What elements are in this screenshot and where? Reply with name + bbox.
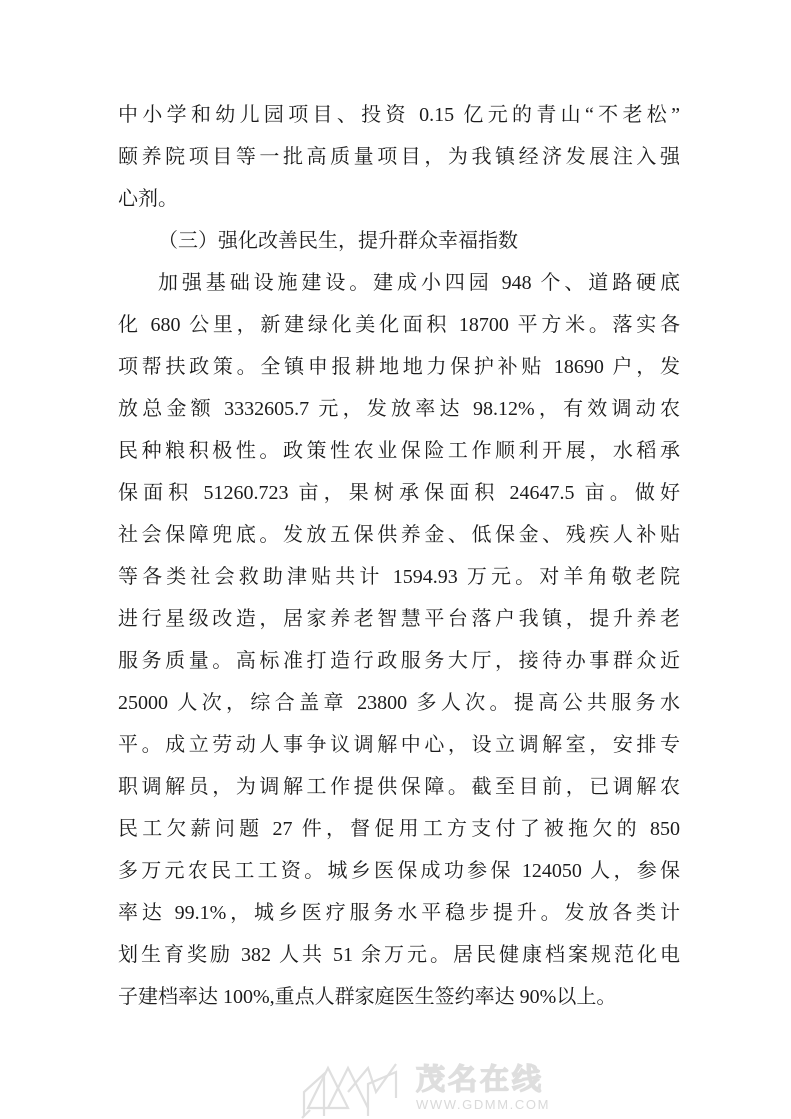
document-text: 中小学和幼儿园项目、投资 0.15 亿元的青山“不老松”颐养院项目等一批高质量项…: [118, 94, 680, 1018]
text-line: 化 680 公里，新建绿化美化面积 18700 平方米。落实各: [118, 304, 680, 346]
text-line: 等各类社会救助津贴共计 1594.93 万元。对羊角敬老院: [118, 556, 680, 598]
text-line: 民种粮积极性。政策性农业保险工作顺利开展，水稻承: [118, 430, 680, 472]
text-line: 中小学和幼儿园项目、投资 0.15 亿元的青山“不老松”: [118, 94, 680, 136]
text-line: 平。成立劳动人事争议调解中心，设立调解室，安排专: [118, 724, 680, 766]
paragraph-body: 加强基础设施建设。建成小四园 948 个、道路硬底化 680 公里，新建绿化美化…: [118, 262, 680, 1018]
text-line: （三）强化改善民生，提升群众幸福指数: [118, 220, 680, 262]
text-line: 多万元农民工工资。城乡医保成功参保 124050 人，参保: [118, 850, 680, 892]
text-line: 颐养院项目等一批高质量项目，为我镇经济发展注入强: [118, 136, 680, 178]
text-line: 保面积 51260.723 亩，果树承保面积 24647.5 亩。做好: [118, 472, 680, 514]
text-line: 加强基础设施建设。建成小四园 948 个、道路硬底: [118, 262, 680, 304]
text-line: 进行星级改造，居家养老智慧平台落户我镇，提升养老: [118, 598, 680, 640]
maoming-online-logo-icon: [300, 1058, 404, 1119]
watermark-text: 茂名在线 WWW.GDMM.COM: [416, 1056, 550, 1112]
text-line: 率达 99.1%，城乡医疗服务水平稳步提升。发放各类计: [118, 892, 680, 934]
text-line: 项帮扶政策。全镇申报耕地地力保护补贴 18690 户，发: [118, 346, 680, 388]
text-line: 职调解员，为调解工作提供保障。截至目前，已调解农: [118, 766, 680, 808]
paragraph-continuation: 中小学和幼儿园项目、投资 0.15 亿元的青山“不老松”颐养院项目等一批高质量项…: [118, 94, 680, 220]
document-page: 中小学和幼儿园项目、投资 0.15 亿元的青山“不老松”颐养院项目等一批高质量项…: [0, 0, 791, 1119]
text-line: 25000 人次，综合盖章 23800 多人次。提高公共服务水: [118, 682, 680, 724]
text-line: 划生育奖励 382 人共 51 余万元。居民健康档案规范化电: [118, 934, 680, 976]
paragraph-section-heading: （三）强化改善民生，提升群众幸福指数: [118, 220, 680, 262]
text-line: 民工欠薪问题 27 件，督促用工方支付了被拖欠的 850: [118, 808, 680, 850]
watermark-title: 茂名在线: [416, 1066, 544, 1095]
text-line: 子建档率达 100%,重点人群家庭医生签约率达 90%以上。: [118, 976, 680, 1018]
text-line: 放总金额 3332605.7 元，发放率达 98.12%，有效调动农: [118, 388, 680, 430]
text-line: 社会保障兜底。发放五保供养金、低保金、残疾人补贴: [118, 514, 680, 556]
text-line: 心剂。: [118, 178, 680, 220]
watermark-url: WWW.GDMM.COM: [416, 1098, 550, 1112]
text-line: 服务质量。高标准打造行政服务大厅，接待办事群众近: [118, 640, 680, 682]
watermark: 茂名在线 WWW.GDMM.COM: [300, 1056, 550, 1119]
